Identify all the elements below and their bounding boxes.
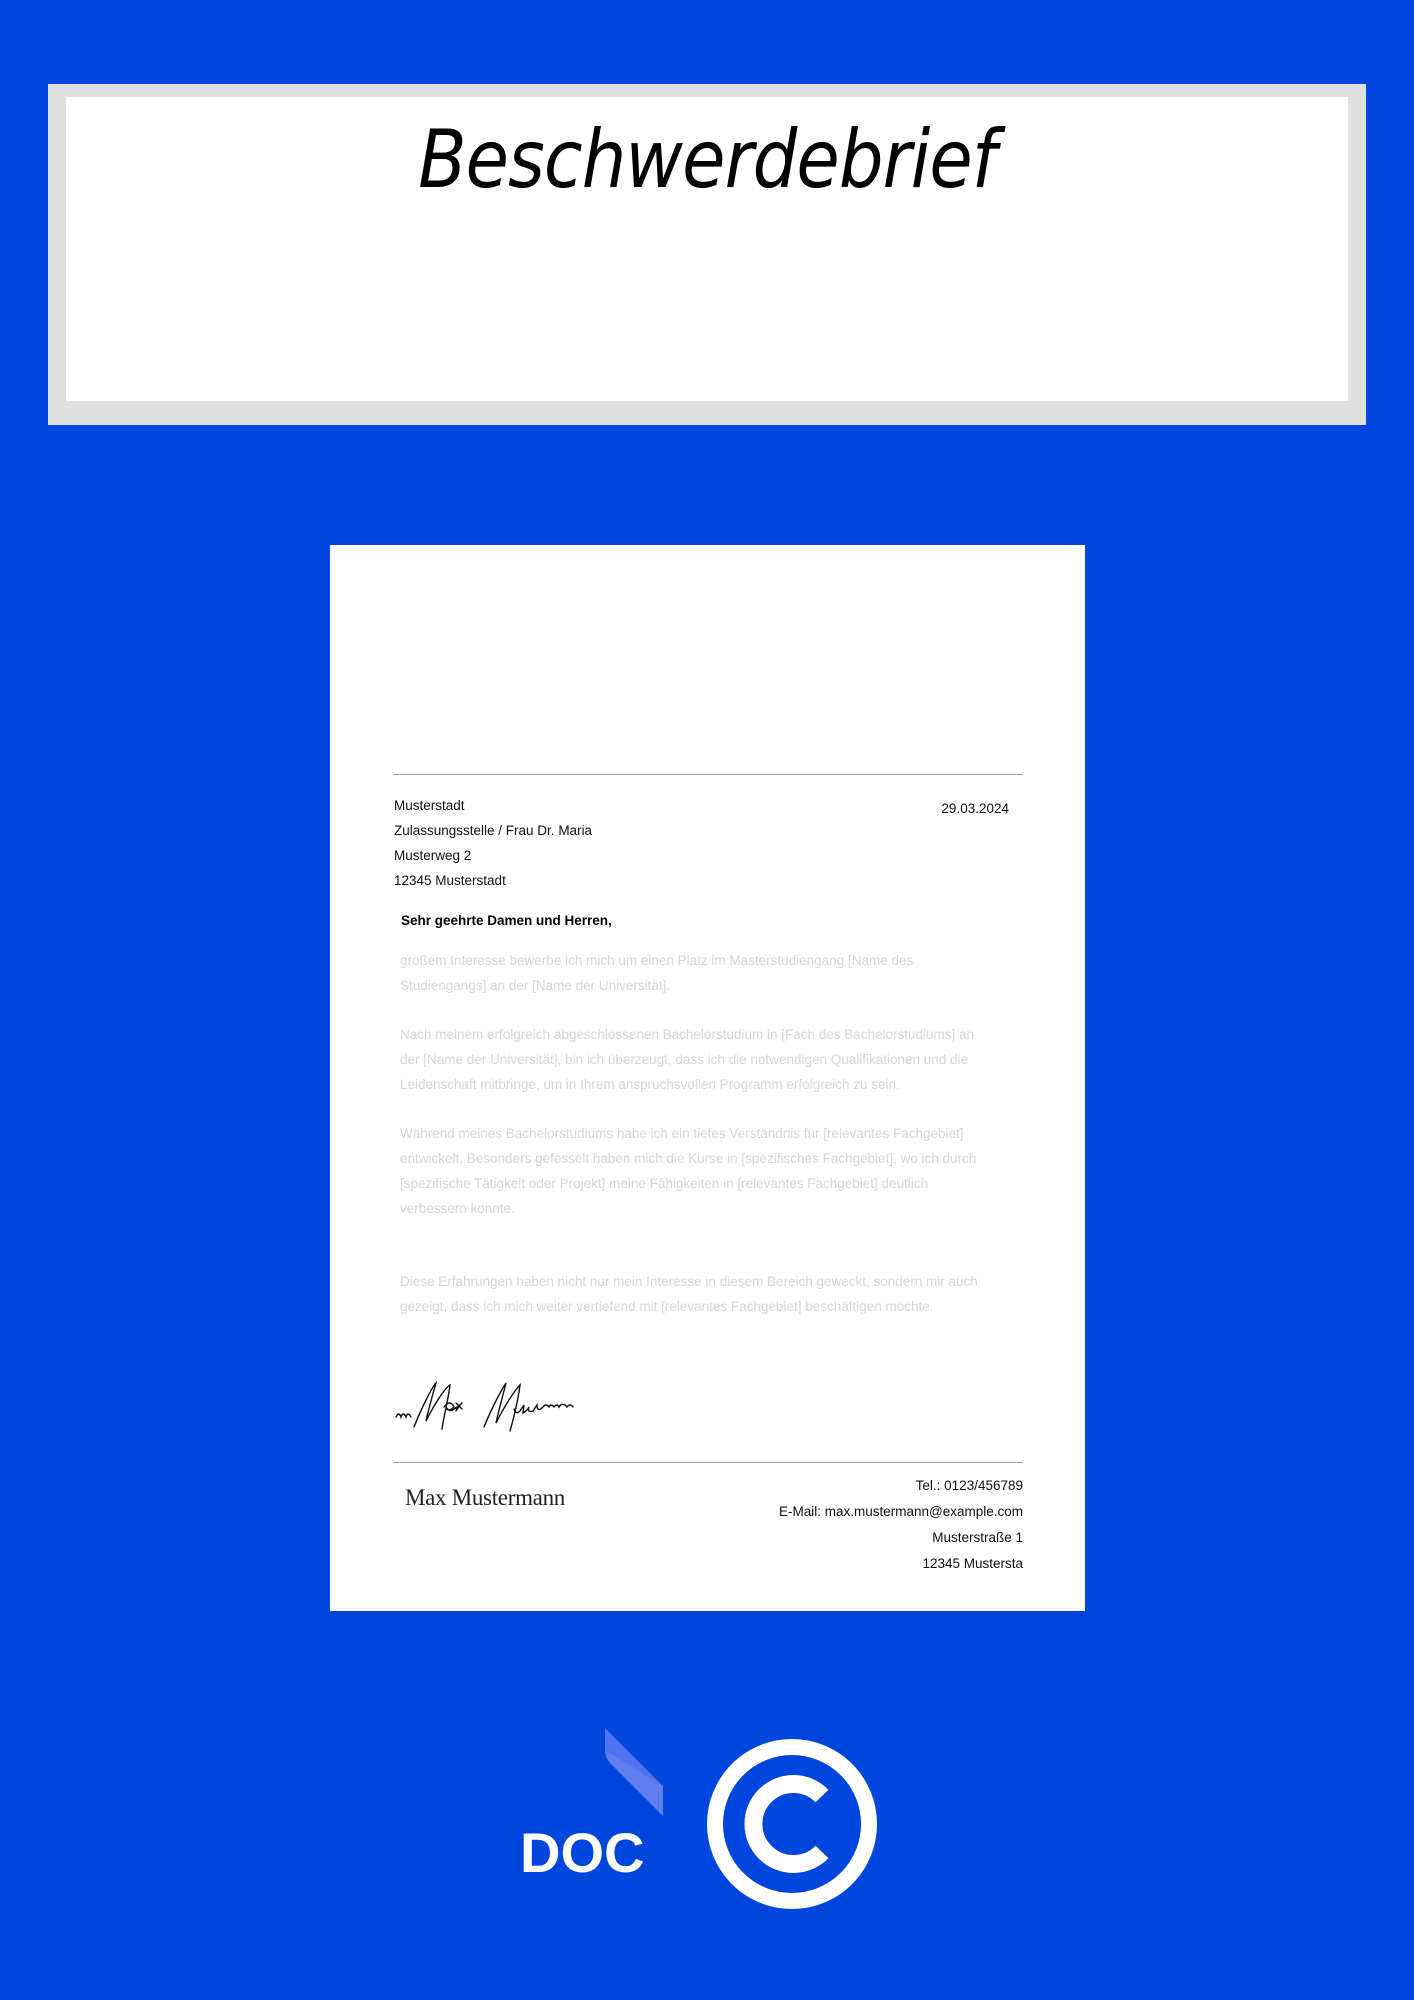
address-line: 12345 Musterstadt bbox=[394, 868, 592, 893]
document-fold-icon bbox=[603, 1728, 665, 1818]
page-title: Beschwerdebrief bbox=[143, 113, 1271, 206]
address-line: Musterweg 2 bbox=[394, 843, 592, 868]
title-panel: Beschwerdebrief bbox=[66, 97, 1348, 401]
contact-phone: Tel.: 0123/456789 bbox=[779, 1473, 1023, 1499]
header-divider bbox=[393, 774, 1023, 775]
logo-text: DOC bbox=[520, 1820, 644, 1885]
body-paragraph: Während meines Bachelorstudiums habe ich… bbox=[400, 1121, 990, 1221]
contact-street: Musterstraße 1 bbox=[779, 1525, 1023, 1551]
salutation: Sehr geehrte Damen und Herren, bbox=[401, 913, 612, 928]
body-paragraph: Nach meinem erfolgreich abgeschlossenen … bbox=[400, 1022, 990, 1097]
title-banner: Beschwerdebrief bbox=[48, 84, 1366, 425]
signature-icon bbox=[392, 1377, 602, 1442]
contact-email: E-Mail: max.mustermann@example.com bbox=[779, 1499, 1023, 1525]
letter-page: Musterstadt Zulassungsstelle / Frau Dr. … bbox=[330, 545, 1085, 1611]
contact-city: 12345 Mustersta bbox=[779, 1551, 1023, 1577]
body-paragraph: großem Interesse bewerbe ich mich um ein… bbox=[400, 948, 990, 998]
contact-block: Tel.: 0123/456789 E-Mail: max.mustermann… bbox=[779, 1473, 1023, 1577]
sender-name: Max Mustermann bbox=[405, 1485, 565, 1511]
letter-date: 29.03.2024 bbox=[941, 801, 1009, 816]
body-paragraph: Diese Erfahrungen haben nicht nur mein I… bbox=[400, 1269, 990, 1319]
footer-divider bbox=[393, 1462, 1023, 1463]
brand-logo: DOC bbox=[520, 1728, 900, 1918]
address-line: Musterstadt bbox=[394, 793, 592, 818]
copyright-icon bbox=[706, 1738, 878, 1910]
recipient-address: Musterstadt Zulassungsstelle / Frau Dr. … bbox=[394, 793, 592, 893]
address-line: Zulassungsstelle / Frau Dr. Maria bbox=[394, 818, 592, 843]
